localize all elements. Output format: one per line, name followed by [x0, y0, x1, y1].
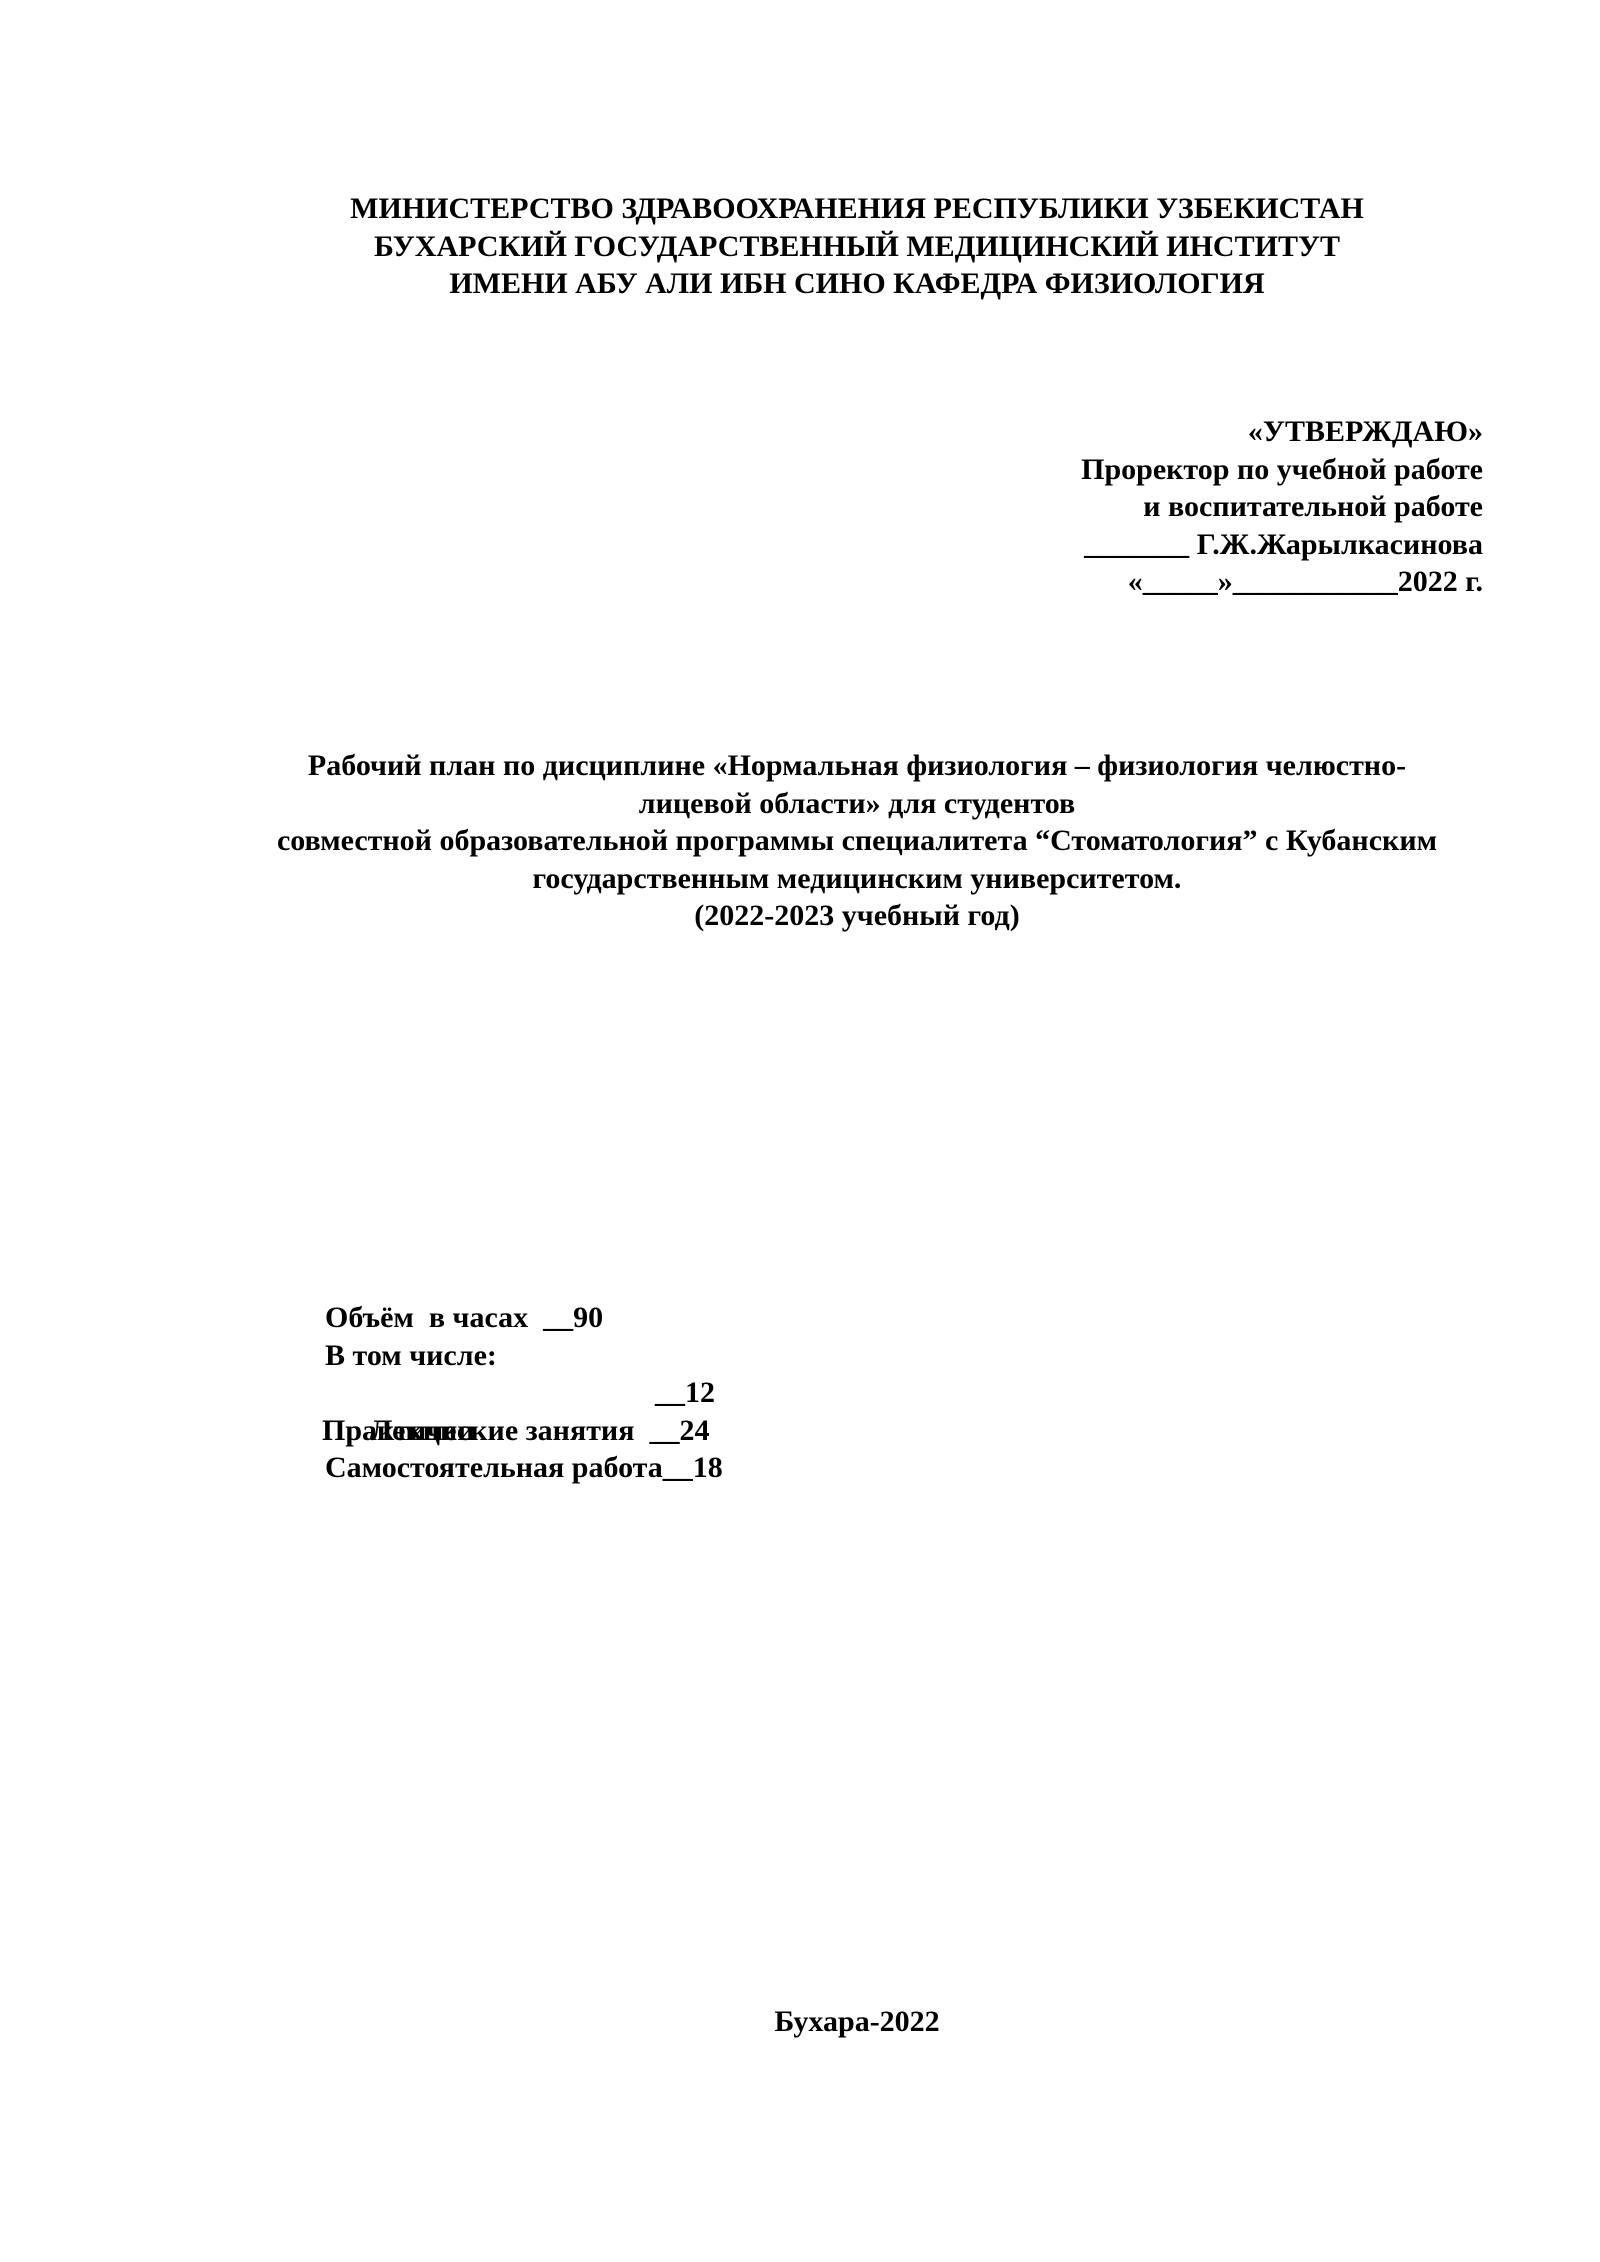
header-line-institute: БУХАРСКИЙ ГОСУДАРСТВЕННЫЙ МЕДИЦИНСКИЙ ИН…: [225, 228, 1489, 266]
approver-position-line-2: и воспитательной работе: [1081, 488, 1483, 526]
total-hours: Объём в часах __90: [325, 1299, 723, 1337]
approval-block: «УТВЕРЖДАЮ» Проректор по учебной работе …: [1081, 413, 1483, 601]
ministry-header: МИНИСТЕРСТВО ЗДРАВООХРАНЕНИЯ РЕСПУБЛИКИ …: [225, 190, 1489, 303]
approver-position-line-1: Проректор по учебной работе: [1081, 451, 1483, 489]
header-line-department: ИМЕНИ АБУ АЛИ ИБН СИНО КАФЕДРА ФИЗИОЛОГИ…: [225, 265, 1489, 303]
title-line-4: государственным медицинским университето…: [225, 860, 1489, 898]
city-year: Бухара-2022: [225, 2003, 1489, 2041]
including-label: В том числе:: [325, 1337, 723, 1375]
document-page: МИНИСТЕРСТВО ЗДРАВООХРАНЕНИЯ РЕСПУБЛИКИ …: [0, 0, 1600, 2262]
hours-volume-block: Объём в часах __90 В том числе: Лекции _…: [325, 1299, 723, 1487]
city-year-text: Бухара-2022: [225, 2003, 1489, 2041]
independent-work-hours: Самостоятельная работа__18: [325, 1449, 723, 1487]
document-title: Рабочий план по дисциплине «Нормальная ф…: [225, 747, 1489, 935]
approval-date: «_____»___________2022 г.: [1081, 563, 1483, 601]
practical-hours: Практические занятия __24: [322, 1412, 720, 1450]
title-line-1: Рабочий план по дисциплине «Нормальная ф…: [225, 747, 1489, 785]
lectures-hours: __12: [655, 1374, 715, 1412]
lectures-row: Лекции __12: [325, 1374, 723, 1412]
title-line-3: совместной образовательной программы спе…: [225, 822, 1489, 860]
header-line-ministry: МИНИСТЕРСТВО ЗДРАВООХРАНЕНИЯ РЕСПУБЛИКИ …: [225, 190, 1489, 228]
academic-year: (2022-2023 учебный год): [225, 897, 1489, 935]
approval-stamp: «УТВЕРЖДАЮ»: [1081, 413, 1483, 451]
title-line-2: лицевой области» для студентов: [225, 785, 1489, 823]
approver-signature: _______ Г.Ж.Жарылкасинова: [1081, 526, 1483, 564]
